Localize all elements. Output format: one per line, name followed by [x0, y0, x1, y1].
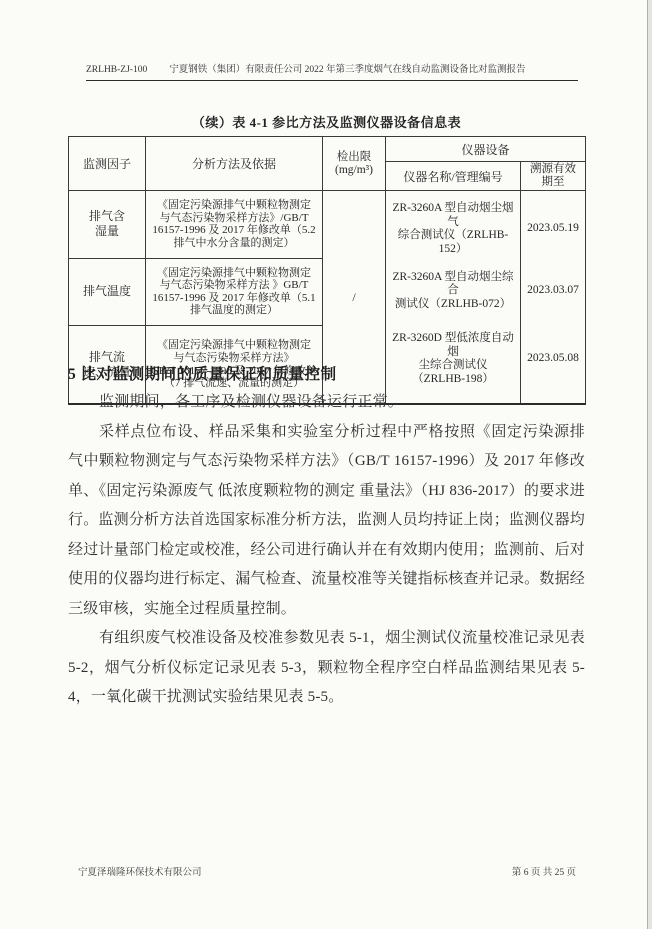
scan-edge-shadow	[647, 0, 652, 929]
body-text: 监测期间，各工序及检测仪器设备运行正常。 采样点位布设、样品采集和实验室分析过程…	[68, 388, 585, 713]
header-trace-valid: 溯源有效 期至	[521, 162, 586, 191]
section-heading: 5 比对监测期间的质量保证和质量控制	[68, 362, 585, 384]
header-detection-limit: 检出限 (mg/m³)	[323, 137, 386, 191]
footer-company: 宁夏泽瑞隆环保技术有限公司	[78, 864, 202, 878]
cell-factor: 排气含 湿量	[69, 191, 146, 259]
cell-method: 《固定污染源排气中颗粒物测定 与气态污染物采样方法 》GB/T 16157-19…	[146, 258, 323, 326]
header-factor: 监测因子	[69, 137, 146, 191]
header-method: 分析方法及依据	[146, 137, 323, 191]
cell-factor: 排气温度	[69, 258, 146, 326]
header-instrument: 仪器名称/管理编号	[386, 162, 521, 191]
instrument-entry: ZR-3260A 型自动烟尘综合 测试仪（ZRLHB-072）	[388, 266, 518, 316]
header-equipment-group: 仪器设备	[386, 137, 586, 162]
instrument-entry: ZR-3260A 型自动烟尘烟气 综合测试仪（ZRLHB-152）	[388, 204, 518, 254]
valid-until-date: 2023.03.07	[523, 266, 583, 316]
paragraph: 有组织废气校准设备及校准参数见表 5-1，烟尘测试仪流量校准记录见表 5-2，烟…	[68, 624, 585, 713]
valid-until-date: 2023.05.19	[523, 204, 583, 254]
page-header: ZRLHB-ZJ-100 宁夏钢铁（集团）有限责任公司 2022 年第三季度烟气…	[86, 61, 578, 81]
table-row: 排气含 湿量 《固定污染源排气中颗粒物测定 与气态污染物采样方法》/GB/T 1…	[69, 191, 586, 259]
scanned-report-page: ZRLHB-ZJ-100 宁夏钢铁（集团）有限责任公司 2022 年第三季度烟气…	[0, 0, 652, 929]
table-header-row-1: 监测因子 分析方法及依据 检出限 (mg/m³) 仪器设备	[69, 137, 586, 162]
footer-page-number: 第 6 页 共 25 页	[512, 864, 576, 878]
cell-method: 《固定污染源排气中颗粒物测定 与气态污染物采样方法》/GB/T 16157-19…	[146, 191, 323, 259]
page-footer: 宁夏泽瑞隆环保技术有限公司 第 6 页 共 25 页	[78, 864, 576, 878]
doc-title: 宁夏钢铁（集团）有限责任公司 2022 年第三季度烟气在线自动监测设备比对监测报…	[169, 61, 525, 75]
paragraph: 监测期间，各工序及检测仪器设备运行正常。	[68, 388, 585, 418]
doc-code: ZRLHB-ZJ-100	[86, 65, 147, 75]
paragraph: 采样点位布设、样品采集和实验室分析过程中严格按照《固定污染源排气中颗粒物测定与气…	[68, 418, 585, 625]
table-caption: （续）表 4-1 参比方法及监测仪器设备信息表	[68, 112, 585, 131]
